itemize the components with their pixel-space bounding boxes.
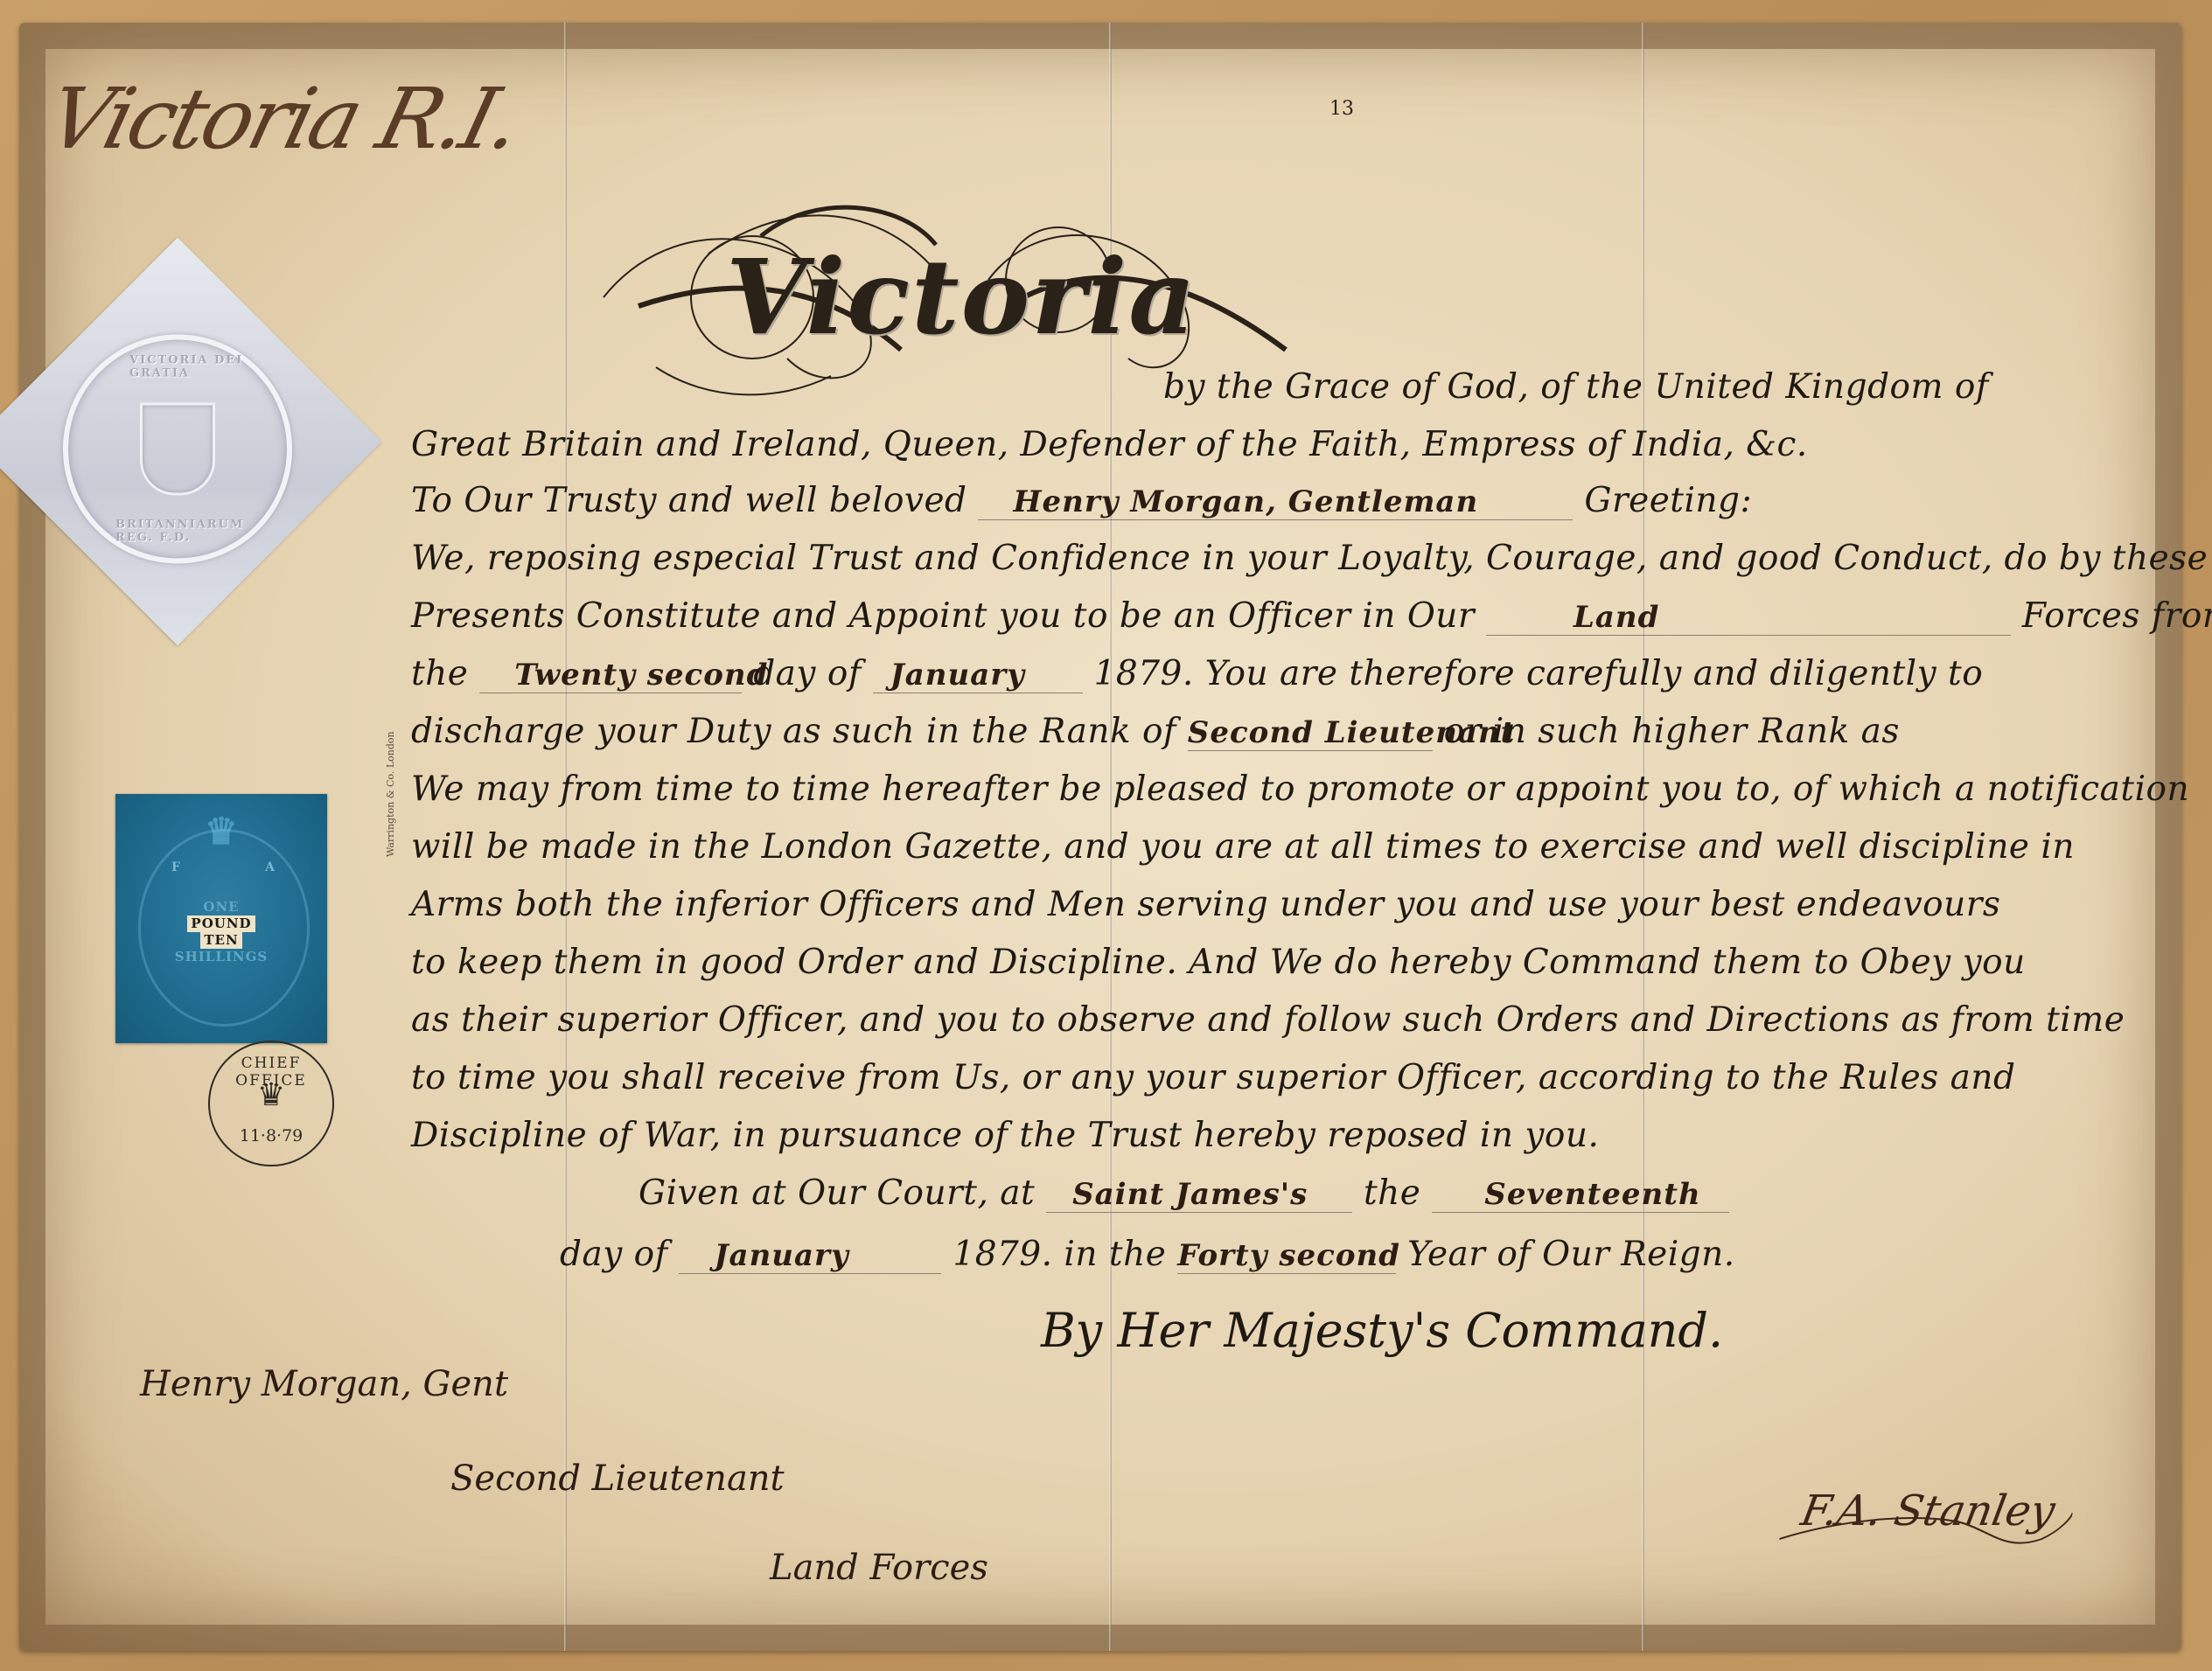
forces-field: Land (1486, 600, 2011, 636)
postmark-date: 11·8·79 (210, 1126, 332, 1145)
signing-day-field: Seventeenth (1432, 1177, 1729, 1213)
dating-clause-line: Given at Our Court, at Saint James's the… (638, 1173, 1729, 1213)
start-day-field: Twenty second (479, 658, 742, 693)
stamp-line: SHILLINGS (115, 949, 327, 965)
preprinted-text: or in such higher Rank as (1444, 712, 1900, 751)
signing-month-field: January (679, 1238, 941, 1274)
preprinted-text: the (411, 654, 468, 693)
seal-legend-left: BRITANNIARUM REG. F.D. (115, 518, 287, 544)
text-line: by the Grace of God, of the United Kingd… (1163, 367, 1989, 407)
preprinted-text: Greeting: (1584, 481, 1752, 520)
preprinted-text: Given at Our Court, at (638, 1173, 1035, 1213)
regnal-year-field: Forty second (1177, 1238, 1396, 1274)
preprinted-text: 1879. in the (952, 1235, 1166, 1274)
sovereign-name-heading: Victoria (726, 236, 1197, 358)
endorsement-name: Henry Morgan, Gent (140, 1364, 508, 1404)
preprinted-text: Year of Our Reign. (1407, 1235, 1735, 1274)
preprinted-text: Forces from (2022, 596, 2212, 636)
preprinted-text: 1879. You are therefore carefully and di… (1094, 654, 1984, 693)
preprinted-text: discharge your Duty as such in the Rank … (411, 712, 1176, 751)
text-line: to keep them in good Order and Disciplin… (411, 943, 2026, 982)
stamp-value-window: TEN (200, 932, 241, 949)
text-line: Discipline of War, in pursuance of the T… (411, 1116, 1599, 1155)
chief-office-postmark: CHIEF OFFICE ♛ 11·8·79 (208, 1041, 334, 1166)
rank-field: Second Lieutenant (1188, 715, 1433, 751)
dating-clause-line: day of January 1879. in the Forty second… (560, 1235, 1735, 1274)
preprinted-text: Presents Constitute and Appoint you to b… (411, 596, 1475, 636)
seal-ring: VICTORIA DEI GRATIA BRITANNIARUM REG. F.… (63, 334, 292, 563)
text-line: discharge your Duty as such in the Rank … (411, 712, 1900, 751)
stamp-denomination: ONE POUND TEN SHILLINGS (115, 899, 327, 965)
preprinted-text: day of (753, 654, 862, 693)
text-line: to time you shall receive from Us, or an… (411, 1058, 2015, 1097)
start-month-field: January (873, 658, 1083, 693)
text-line: as their superior Officer, and you to ob… (411, 1000, 2125, 1040)
preprinted-text: To Our Trusty and well beloved (411, 481, 967, 520)
preprinted-text: the (1364, 1173, 1420, 1213)
endorsement-branch: Land Forces (770, 1548, 988, 1588)
text-line: To Our Trusty and well beloved Henry Mor… (411, 481, 1752, 520)
crown-icon: ♛ (210, 1077, 332, 1113)
seal-legend-right: VICTORIA DEI GRATIA (129, 353, 287, 379)
stamp-value-window: POUND (187, 916, 255, 932)
text-line: the Twenty second day of January 1879. Y… (411, 654, 1983, 693)
stamp-corner-right: A (265, 860, 275, 874)
duty-stamp: ♛ F A ONE POUND TEN SHILLINGS (115, 794, 327, 1043)
court-place-field: Saint James's (1046, 1177, 1352, 1213)
text-line: Great Britain and Ireland, Queen, Defend… (411, 425, 1808, 464)
grantee-name-field: Henry Morgan, Gentleman (978, 484, 1573, 520)
signature-underline-icon (1776, 1504, 2075, 1556)
royal-sign-manual: Victoria R.I. (38, 70, 528, 168)
printer-imprint: Warrington & Co. London (385, 731, 396, 857)
text-line: Arms both the inferior Officers and Men … (411, 885, 2000, 924)
stamp-corner-left: F (171, 860, 180, 874)
text-line: We, reposing especial Trust and Confiden… (411, 539, 2208, 578)
coat-of-arms-icon (140, 402, 215, 495)
text-line: Presents Constitute and Appoint you to b… (411, 596, 2212, 636)
by-command-line: By Her Majesty's Command. (1041, 1303, 1723, 1358)
endorsement-rank: Second Lieutenant (450, 1459, 785, 1499)
text-line: We may from time to time hereafter be pl… (411, 769, 2189, 809)
stamp-line: ONE (115, 899, 327, 916)
secretary-of-state-signature: F.A. Stanley (1797, 1486, 2059, 1535)
preprinted-text: day of (560, 1235, 668, 1274)
page-number: 13 (1329, 98, 1354, 120)
text-line: will be made in the London Gazette, and … (411, 827, 2075, 867)
